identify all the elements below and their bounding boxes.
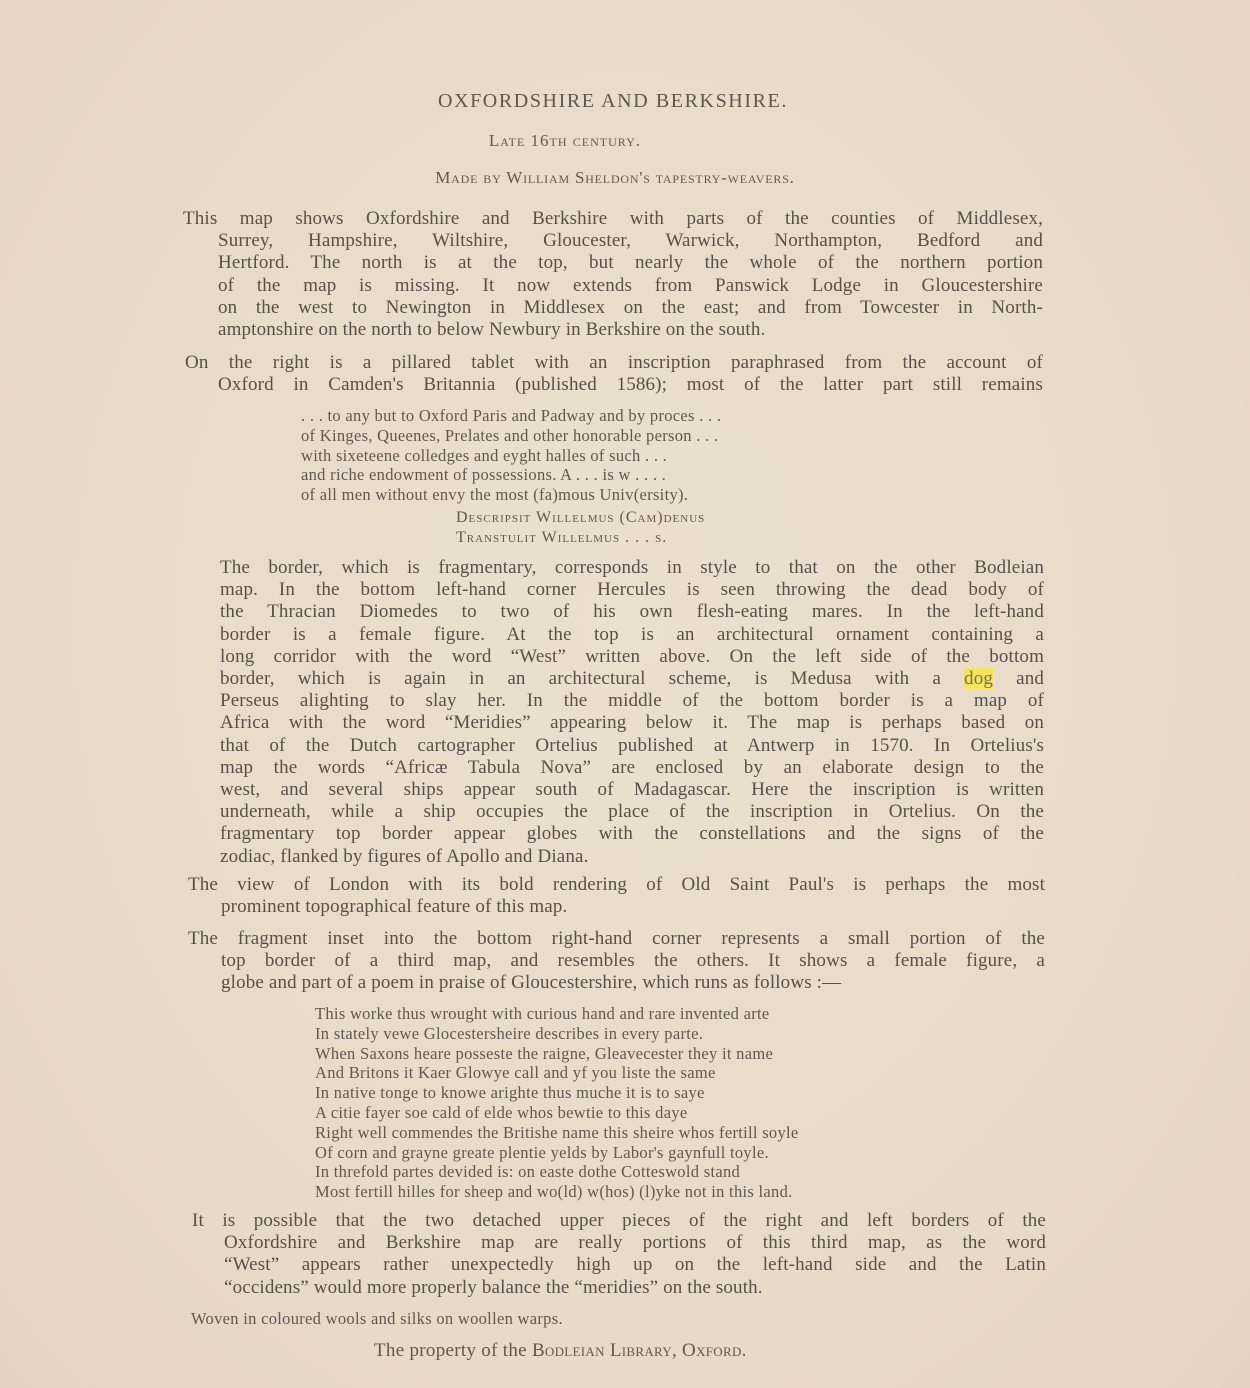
text-segment: border, which is again in an architectur… (220, 668, 964, 689)
text-line-with-highlight: border, which is again in an architectur… (220, 668, 1044, 690)
paragraph-london-view: The view of London with its bold renderi… (188, 874, 1045, 918)
text-line: on the west to Newington in Middlesex on… (218, 297, 1043, 319)
quote-line: . . . to any but to Oxford Paris and Pad… (301, 406, 721, 426)
poem-line: A citie fayer soe cald of elde whos bewt… (315, 1103, 799, 1123)
poem-line: In native tonge to knowe arighte thus mu… (315, 1083, 799, 1103)
text-line: The border, which is fragmentary, corres… (220, 557, 1044, 579)
inscription-quote: . . . to any but to Oxford Paris and Pad… (301, 406, 721, 505)
poem-line: Right well commendes the Britishe name t… (315, 1123, 799, 1143)
paragraph-fragment-inset: The fragment inset into the bottom right… (188, 928, 1045, 995)
poem-line: In stately vewe Glocestersheire describe… (315, 1024, 799, 1044)
text-line: Surrey, Hampshire, Wiltshire, Gloucester… (218, 230, 1043, 252)
text-line: underneath, while a ship occupies the pl… (220, 801, 1044, 823)
text-line: map. In the bottom left-hand corner Herc… (220, 579, 1044, 601)
text-line: Africa with the word “Meridies” appearin… (220, 712, 1044, 734)
poem-line: In threfold partes devided is: on easte … (315, 1162, 799, 1182)
text-line: Oxford in Camden's Britannia (published … (218, 374, 1043, 396)
text-line: Perseus alighting to slay her. In the mi… (220, 690, 1044, 712)
poem-line: Of corn and grayne greate plentie yelds … (315, 1143, 799, 1163)
text-line: zodiac, flanked by figures of Apollo and… (220, 846, 1044, 868)
text-line: top border of a third map, and resembles… (221, 950, 1045, 972)
text-line: west, and several ships appear south of … (220, 779, 1044, 801)
text-line: The view of London with its bold renderi… (188, 874, 1045, 896)
text-line: fragmentary top border appear globes wit… (220, 823, 1044, 845)
paragraph-tablet-inscription: On the right is a pillared tablet with a… (185, 352, 1043, 396)
text-line: “West” appears rather unexpectedly high … (224, 1254, 1046, 1276)
text-line: The fragment inset into the bottom right… (188, 928, 1045, 950)
text-line: globe and part of a poem in praise of Gl… (221, 972, 1045, 994)
quote-line: with sixeteene colledges and eyght halle… (301, 446, 721, 466)
text-line: prominent topographical feature of this … (221, 896, 1045, 918)
poem-line: When Saxons heare posseste the raigne, G… (315, 1044, 799, 1064)
page-title: OXFORDSHIRE AND BERKSHIRE. (0, 90, 1226, 113)
text-line: that of the Dutch cartographer Ortelius … (220, 735, 1044, 757)
text-line: long corridor with the word “West” writt… (220, 646, 1044, 668)
text-line: This map shows Oxfordshire and Berkshire… (183, 208, 1043, 230)
text-line: the Thracian Diomedes to two of his own … (220, 601, 1044, 623)
document-page: OXFORDSHIRE AND BERKSHIRE. Late 16th cen… (0, 0, 1250, 1388)
text-line: On the right is a pillared tablet with a… (185, 352, 1043, 374)
signature-transtulit: Transtulit Willelmus . . . s. (456, 529, 667, 547)
text-line: border is a female figure. At the top is… (220, 624, 1044, 646)
poem-line: Most fertill hilles for sheep and wo(ld)… (315, 1182, 799, 1202)
quote-line: and riche endowment of possessions. A . … (301, 465, 721, 485)
quote-line: of all men without envy the most (fa)mou… (301, 485, 721, 505)
materials-note: Woven in coloured wools and silks on woo… (191, 1309, 563, 1329)
search-highlight: dog (964, 668, 993, 689)
poem-line: This worke thus wrought with curious han… (315, 1004, 799, 1024)
gloucestershire-poem: This worke thus wrought with curious han… (315, 1004, 799, 1202)
property-prefix: The property of the (374, 1340, 532, 1361)
text-line: map the words “Africæ Tabula Nova” are e… (220, 757, 1044, 779)
text-line: of the map is missing. It now extends fr… (218, 275, 1043, 297)
text-line: “occidens” would more properly balance t… (224, 1277, 1046, 1299)
page-subtitle: Late 16th century. (0, 131, 1130, 151)
quote-line: of Kinges, Queenes, Prelates and other h… (301, 426, 721, 446)
property-owner: Bodleian Library, Oxford. (532, 1340, 747, 1361)
paragraph-border-description: The border, which is fragmentary, corres… (220, 557, 1044, 868)
signature-descripsit: Descripsit Willelmus (Cam)denus (456, 509, 705, 527)
page-maker-line: Made by William Sheldon's tapestry-weave… (0, 168, 1230, 188)
paragraph-map-description: This map shows Oxfordshire and Berkshire… (183, 208, 1043, 341)
text-line: Hertford. The north is at the top, but n… (218, 252, 1043, 274)
text-segment: and (993, 668, 1044, 689)
text-line: It is possible that the two detached upp… (192, 1210, 1046, 1232)
text-line: Oxfordshire and Berkshire map are really… (224, 1232, 1046, 1254)
property-line: The property of the Bodleian Library, Ox… (374, 1340, 747, 1362)
text-line: amptonshire on the north to below Newbur… (218, 319, 1043, 341)
paragraph-detached-pieces: It is possible that the two detached upp… (192, 1210, 1046, 1299)
poem-line: And Britons it Kaer Glowye call and yf y… (315, 1063, 799, 1083)
